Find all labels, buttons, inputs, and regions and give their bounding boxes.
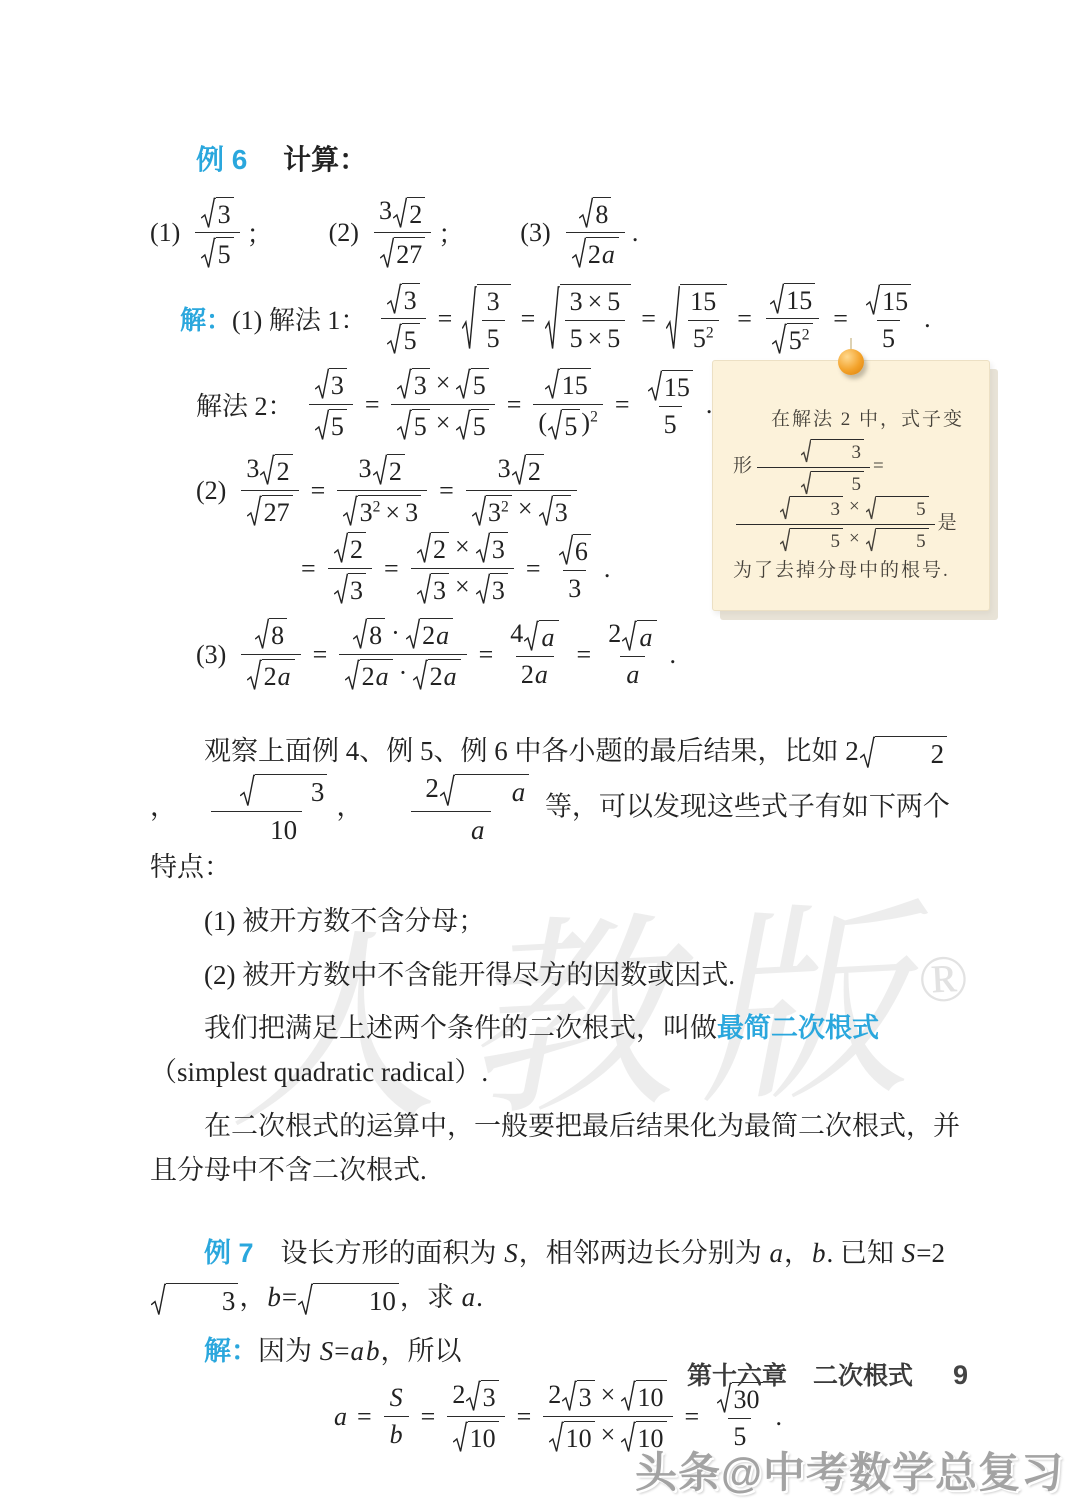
radical-sign-icon — [801, 471, 811, 496]
radical-sign-icon — [373, 454, 387, 487]
radicand: 8 — [269, 618, 287, 651]
square-root: 8 — [353, 618, 385, 651]
square-root: 6 — [559, 534, 591, 567]
square-root: 3 — [387, 283, 419, 316]
numerator: 8 — [249, 618, 293, 654]
square-root: 3 — [539, 495, 571, 528]
numerator: 23 — [447, 1380, 504, 1416]
square-root: 5 — [456, 409, 488, 442]
math-text: 3 — [359, 454, 372, 483]
radical-sign-icon — [151, 1283, 166, 1317]
numerator: 32 — [493, 454, 550, 490]
math-text: 5 — [830, 531, 840, 552]
math-text: ， — [239, 1282, 266, 1312]
page-number: 9 — [953, 1360, 968, 1391]
math-superscript: 2 — [590, 409, 598, 426]
numerator: 32 — [374, 196, 431, 232]
math-text: ； — [438, 214, 464, 251]
math-text: ，求 — [400, 1282, 461, 1312]
math-text: (1) — [150, 218, 180, 248]
denominator: 5 — [877, 320, 900, 354]
radical-sign-icon — [801, 439, 811, 464]
radical-sign-icon — [201, 197, 215, 230]
math-superscript: 2 — [706, 324, 714, 341]
radicand: 8 — [367, 618, 385, 651]
square-root: 3 — [397, 368, 429, 401]
radicand: 6 — [573, 534, 591, 567]
numerator: 4a — [505, 619, 564, 655]
discussion-paragraph-3: 在二次根式的运算中，一般要把最后结果化为最简二次根式，并且分母中不含二次根式. — [150, 1105, 965, 1192]
math-text: 3 — [487, 287, 500, 316]
fraction: 310 — [180, 773, 333, 846]
radicand: 2 — [387, 454, 405, 487]
square-root: 5 — [201, 237, 233, 270]
example6-part3: (3) 82a=8·2a2a·2a=4a2a=2aa. — [196, 618, 965, 692]
math-text: 3 — [492, 535, 505, 564]
math-text: 10 — [270, 815, 297, 845]
fraction: 155 — [860, 284, 917, 354]
example6-prompt: 计算： — [283, 144, 367, 175]
radicand: 5 — [562, 409, 580, 442]
radicand: a — [637, 620, 657, 653]
radicand: a — [539, 620, 559, 653]
radical-sign-icon — [393, 197, 407, 230]
math-variable: S — [503, 1238, 519, 1268]
radical-sign-icon — [548, 409, 562, 442]
numerator: 32 — [354, 454, 411, 490]
fraction: 3227 — [241, 454, 298, 528]
math-text: = — [311, 476, 326, 506]
math-superscript: 2 — [373, 498, 381, 515]
radical-sign-icon — [298, 1283, 313, 1317]
numerator: S — [384, 1383, 409, 1416]
math-text: 3 — [498, 454, 511, 483]
fraction: 8·2a2a·2a — [339, 618, 466, 692]
math-text: 3 — [414, 371, 427, 400]
math-text: 27 — [396, 240, 422, 269]
denominator: 27 — [374, 232, 431, 269]
radicand: 2a — [360, 659, 393, 692]
math-text: 2 — [264, 662, 277, 691]
math-text: 2 — [350, 535, 363, 564]
radical-sign-icon — [545, 284, 559, 354]
denominator: 5 — [757, 467, 870, 496]
radical-sign-icon — [387, 323, 401, 356]
math-variable: a — [625, 660, 640, 689]
numerator: 3 — [757, 439, 870, 467]
square-root: 10 — [453, 1421, 498, 1454]
math-variable: a — [349, 1336, 365, 1366]
radical-sign-icon — [345, 659, 359, 692]
math-text: = — [334, 1336, 349, 1366]
radical-sign-icon — [476, 573, 490, 606]
textbook-page: 人教版® 例 6 计算： (1) 35；(2) 3227；(3) 82a. 解：… — [0, 0, 1080, 1509]
math-text: × — [385, 498, 400, 527]
math-text: . — [670, 640, 677, 670]
math-text: 5 — [404, 326, 417, 355]
fraction: 4a2a — [505, 619, 564, 689]
math-variable: a — [435, 621, 450, 650]
radicand: 2 — [348, 532, 366, 565]
denominator: 2a — [566, 232, 625, 269]
radicand: 10 — [313, 1283, 399, 1317]
math-text: · — [391, 618, 400, 647]
math-text: = — [521, 304, 536, 334]
math-variable: a — [769, 1238, 785, 1268]
math-text: 解： — [180, 300, 232, 337]
math-text: ； — [247, 214, 273, 251]
square-root: 3 — [476, 573, 508, 606]
radical-sign-icon — [545, 368, 559, 401]
fraction: 15(5)2 — [533, 368, 602, 442]
math-text: ， — [784, 1238, 811, 1268]
radicand: 3 — [490, 532, 508, 565]
radical-sign-icon — [524, 620, 538, 653]
radical-sign-icon — [260, 454, 274, 487]
math-text: . — [632, 218, 639, 248]
math-text: × — [588, 324, 603, 353]
radicand: 15 — [662, 370, 693, 403]
math-text: = — [507, 390, 522, 420]
radicand: 3 — [577, 1380, 595, 1413]
math-text: ， — [336, 792, 363, 822]
math-variable: b — [811, 1238, 827, 1268]
radicand: 52 — [787, 323, 813, 356]
radical-sign-icon — [406, 618, 420, 651]
math-text: 3 — [570, 287, 583, 316]
math-text: 5 — [473, 371, 486, 400]
radicand: 32×3 — [358, 495, 421, 528]
radical-sign-icon — [255, 618, 269, 651]
math-text: 5 — [487, 324, 500, 353]
square-root: 10 — [298, 1283, 399, 1317]
page-content: 例 6 计算： (1) 35；(2) 3227；(3) 82a. 解：(1) 解… — [150, 138, 965, 1466]
fraction: 35 — [482, 287, 505, 354]
math-text: 3 — [488, 498, 501, 527]
numerator: 15 — [642, 370, 699, 406]
math-variable: b — [389, 1420, 404, 1449]
math-text: 5 — [882, 324, 895, 353]
math-text: = — [833, 304, 848, 334]
denominator: (5)2 — [533, 404, 602, 441]
math-text: 5 — [789, 326, 802, 355]
math-text: 15 — [664, 373, 690, 402]
math-text: 15 — [786, 286, 812, 315]
numerator: 3×5 — [736, 496, 935, 524]
math-text: 5 — [414, 412, 427, 441]
radical-sign-icon — [621, 1380, 635, 1413]
math-text: = — [615, 390, 630, 420]
math-text: = — [365, 390, 380, 420]
numerator: 15 — [764, 282, 821, 318]
math-text: × — [601, 1420, 616, 1449]
math-text: 2 — [588, 240, 601, 269]
discussion-paragraph-1: 观察上面例 4、例 5、例 6 中各小题的最后结果，比如 22，310，2aa … — [150, 730, 965, 890]
math-text: × — [436, 368, 451, 397]
numerator: 2×3 — [411, 532, 514, 568]
numerator: 8 — [573, 196, 617, 232]
radicand: 3 — [553, 495, 571, 528]
math-text: = — [313, 640, 328, 670]
math-text: = — [526, 554, 541, 584]
math-text: 10 — [470, 1424, 496, 1453]
square-root: 3 — [562, 1380, 594, 1413]
radical-sign-icon — [462, 284, 476, 354]
fraction: 82a — [566, 196, 625, 270]
math-text: ( — [538, 408, 547, 437]
denominator: 5×5 — [565, 320, 626, 354]
denominator: 2a·2a — [339, 654, 466, 691]
square-root: 2 — [512, 454, 544, 487]
radical-sign-icon — [772, 323, 786, 356]
numerator: 3 — [195, 196, 239, 232]
radicand: 3 — [166, 1283, 239, 1317]
denominator: 2a — [241, 654, 300, 691]
math-variable: a — [639, 623, 654, 652]
radical-sign-icon — [397, 409, 411, 442]
radical-sign-icon — [334, 573, 348, 606]
fraction: 35 — [757, 439, 870, 496]
numerator: 2a — [603, 619, 662, 655]
numerator: 2a — [366, 773, 535, 811]
radical-sign-icon — [315, 409, 329, 442]
fraction: 155 — [642, 370, 699, 440]
math-text: × — [518, 494, 533, 523]
fraction: 23 — [328, 532, 372, 606]
radical-sign-icon — [240, 774, 255, 808]
square-root: 1552 — [666, 284, 727, 354]
example6-problems: (1) 35；(2) 3227；(3) 82a. — [150, 196, 965, 270]
math-text: × — [849, 496, 860, 517]
radical-sign-icon — [456, 368, 470, 401]
math-text: 我们把满足上述两个条件的二次根式，叫做 — [204, 1013, 717, 1043]
numerator: 3×5 — [565, 287, 626, 320]
square-root: 3 — [417, 573, 449, 606]
math-text: 3 — [311, 777, 325, 807]
radicand: 10 — [636, 1380, 667, 1413]
radical-sign-icon — [315, 368, 329, 401]
fraction: 1552 — [764, 282, 821, 356]
sticky-note-text: 在解法 2 中，式子变形35=3×55×5是为了去掉分母中的根号. — [733, 401, 971, 590]
math-text: 2 — [452, 1380, 465, 1409]
denominator: 3 — [328, 568, 372, 605]
denominator: 5×5 — [736, 524, 935, 553]
radicand: 5 — [412, 409, 430, 442]
math-text: 3 — [360, 498, 373, 527]
square-root: 10 — [621, 1380, 666, 1413]
radical-sign-icon — [539, 495, 553, 528]
math-text: 3 — [404, 286, 417, 315]
math-text: 3 — [492, 576, 505, 605]
example7-statement: 例 7 设长方形的面积为 S，相邻两边长分别为 a，b. 已知 S=23，b=1… — [150, 1232, 965, 1319]
math-text: 2 — [422, 621, 435, 650]
math-text: = — [641, 304, 656, 334]
math-text: 5 — [570, 324, 583, 353]
math-text: 3 — [222, 1286, 236, 1316]
math-text: (2) — [196, 476, 226, 506]
example6-header: 例 6 计算： — [196, 138, 965, 178]
math-text: 3 — [331, 371, 344, 400]
math-text: 3 — [350, 576, 363, 605]
numerator: 15 — [685, 287, 721, 320]
square-root: 27 — [247, 495, 292, 528]
denominator: 5 — [482, 320, 505, 354]
radicand: 5 — [790, 528, 843, 553]
radicand: 10 — [564, 1421, 595, 1454]
numerator: 32 — [241, 454, 298, 490]
math-text: ) — [581, 408, 590, 437]
fraction: 3×55×5 — [391, 368, 494, 442]
square-root: 3 — [466, 1380, 498, 1413]
square-root: 3 — [780, 496, 843, 521]
numerator: 3 — [381, 282, 425, 318]
radical-sign-icon — [453, 1421, 467, 1454]
square-root: 2 — [260, 454, 292, 487]
math-text: ，所以 — [380, 1336, 461, 1366]
math-text: 观察上面例 4、例 5、例 6 中各小题的最后结果，比如 2 — [204, 736, 859, 766]
square-root: 15 — [545, 368, 590, 401]
numerator: 3 — [180, 773, 333, 811]
radicand: 2a — [420, 618, 453, 651]
math-text: 15 — [882, 287, 908, 316]
sticky-note: 在解法 2 中，式子变形35=3×55×5是为了去掉分母中的根号. — [712, 360, 990, 611]
square-root: 2a — [247, 659, 294, 692]
math-text: = — [421, 1402, 436, 1432]
radical-sign-icon — [466, 1380, 480, 1413]
math-text: 15 — [690, 287, 716, 316]
math-text: = — [873, 456, 886, 477]
math-text: 2 — [362, 662, 375, 691]
numerator: 2 — [328, 532, 372, 568]
math-text: 5 — [916, 531, 926, 552]
radical-sign-icon — [860, 736, 875, 770]
radical-sign-icon — [472, 495, 486, 528]
square-root: 8 — [579, 197, 611, 230]
radical-sign-icon — [770, 283, 784, 316]
math-text: 解法 2： — [196, 386, 294, 423]
radicand: 27 — [262, 495, 293, 528]
radical-sign-icon — [780, 496, 790, 521]
radical-sign-icon — [666, 284, 680, 354]
math-text: × — [455, 572, 470, 601]
radicand: 5 — [216, 237, 234, 270]
denominator: 5 — [195, 232, 239, 269]
radical-sign-icon — [417, 573, 431, 606]
math-text: × — [588, 287, 603, 316]
fraction: 1552 — [685, 287, 721, 354]
radical-sign-icon — [476, 532, 490, 565]
square-root: 2 — [417, 532, 449, 565]
radical-sign-icon — [417, 532, 431, 565]
radicand: 5 — [471, 368, 489, 401]
square-root: 5 — [397, 409, 429, 442]
radical-sign-icon — [247, 495, 261, 528]
radical-sign-icon — [572, 237, 586, 270]
math-text: 2 — [430, 662, 443, 691]
square-root: 2a — [572, 237, 619, 270]
math-text: 3 — [568, 574, 581, 603]
square-root: 5 — [456, 368, 488, 401]
radicand: 5 — [402, 323, 420, 356]
math-text: 因为 — [258, 1336, 319, 1366]
math-text: 10 — [566, 1424, 592, 1453]
radical-sign-icon — [353, 618, 367, 651]
radicand: 2a — [262, 659, 295, 692]
math-text: 5 — [331, 412, 344, 441]
math-text: (3) — [520, 218, 550, 248]
radicand: 3 — [255, 774, 328, 808]
square-root: 3 — [801, 439, 864, 464]
math-text: 27 — [264, 498, 290, 527]
math-text: 2 — [521, 660, 534, 689]
square-root: 5 — [387, 323, 419, 356]
square-root: 27 — [380, 237, 425, 270]
feature-item-2: (2) 被开方数中不含能开得尽方的因数或因式. — [150, 954, 965, 998]
fraction: 2310 — [447, 1380, 504, 1454]
radical-sign-icon — [622, 620, 636, 653]
radical-sign-icon — [621, 1421, 635, 1454]
numerator: 8·2a — [347, 618, 459, 654]
denominator: 32×3 — [337, 490, 427, 527]
math-text: . 已知 — [827, 1238, 901, 1268]
math-text: 例 7 — [204, 1238, 254, 1268]
math-text: 8 — [369, 621, 382, 650]
denominator: 52 — [766, 318, 818, 355]
math-text: 3 — [405, 498, 418, 527]
radical-sign-icon — [866, 284, 880, 317]
math-text: 3 — [555, 498, 568, 527]
math-text: 3 — [246, 454, 259, 483]
radicand: 15 — [784, 283, 815, 316]
math-text: 2 — [931, 739, 945, 769]
square-root: 3 — [315, 368, 347, 401]
math-variable: a — [541, 623, 556, 652]
square-root: 2a — [406, 618, 453, 651]
square-root: 3 — [240, 774, 327, 808]
fraction: Sb — [384, 1383, 409, 1450]
square-root: 2 — [373, 454, 405, 487]
radicand: 10 — [468, 1421, 499, 1454]
square-root: a — [440, 774, 529, 808]
fraction: 2×33×3 — [411, 532, 514, 606]
denominator: 27 — [241, 490, 298, 527]
math-text: 5 — [473, 412, 486, 441]
pushpin-icon — [838, 349, 864, 375]
radicand: 2 — [431, 532, 449, 565]
math-text: (3) — [196, 640, 226, 670]
math-variable: S — [389, 1383, 404, 1412]
denominator: 5 — [659, 406, 682, 440]
radicand: a — [455, 774, 530, 808]
math-variable: a — [461, 1282, 477, 1312]
math-text: 8 — [271, 621, 284, 650]
radicand: 5 — [876, 528, 929, 553]
math-text: · — [399, 658, 408, 687]
square-root: 5 — [315, 409, 347, 442]
radical-sign-icon — [866, 496, 876, 521]
fraction: 2aa — [366, 773, 535, 846]
square-root: 10 — [549, 1421, 594, 1454]
radical-sign-icon — [413, 659, 427, 692]
math-text: 3 — [830, 499, 840, 520]
math-text: 3 — [433, 576, 446, 605]
radical-sign-icon — [866, 528, 876, 553]
fraction: 3×55×5 — [565, 287, 626, 354]
math-text: . — [476, 1282, 483, 1312]
fraction: 3×55×5 — [736, 496, 935, 553]
math-text: 设长方形的面积为 — [254, 1238, 504, 1268]
square-root: 2 — [860, 736, 947, 770]
